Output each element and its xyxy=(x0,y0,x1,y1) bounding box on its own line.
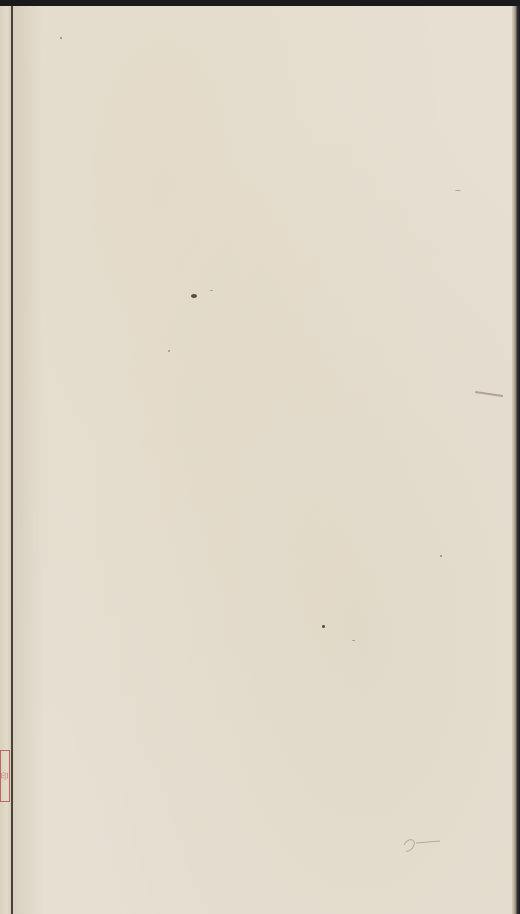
paper-speck xyxy=(322,625,325,628)
paper-speck xyxy=(168,350,170,352)
paper-speck xyxy=(60,37,62,39)
red-seal-stamp: 印 xyxy=(0,750,10,802)
paper-speck xyxy=(210,290,213,291)
blank-page xyxy=(13,6,512,914)
faint-bleed-through-text xyxy=(125,880,265,900)
pencil-mark xyxy=(400,835,446,853)
scanned-page: 印 xyxy=(0,0,520,914)
right-page-edge xyxy=(512,6,520,914)
fold-shadow xyxy=(13,6,43,914)
paper-speck xyxy=(191,294,197,298)
paper-speck xyxy=(352,640,355,641)
paper-speck xyxy=(455,190,461,191)
paper-speck xyxy=(440,555,442,557)
